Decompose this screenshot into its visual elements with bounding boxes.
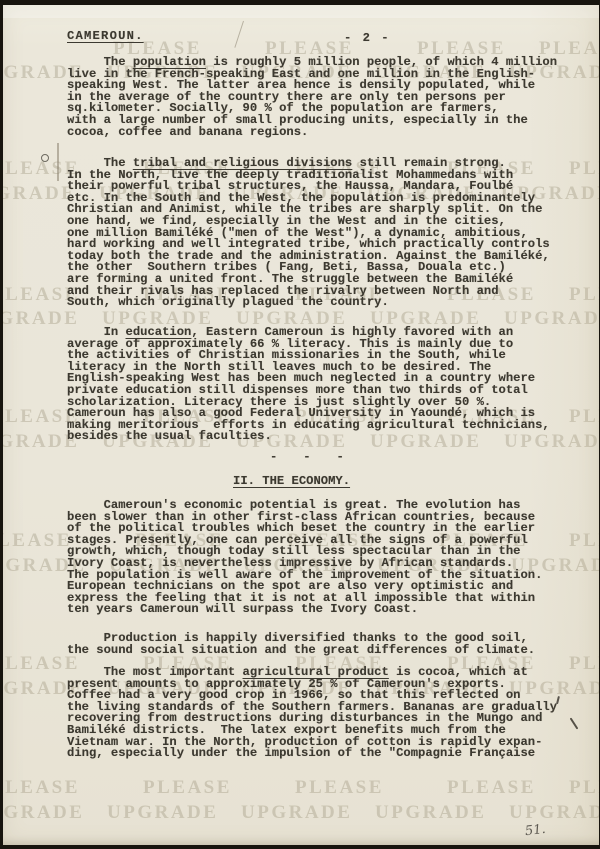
section-heading: II. THE ECONOMY.: [233, 476, 350, 488]
page-number: - 2 -: [344, 33, 391, 45]
page-header: CAMEROUN. - 2 -: [67, 31, 600, 43]
punch-ring-mark: [41, 154, 49, 162]
watermark-word: UPGRADE: [3, 183, 76, 205]
paragraph-tribal-divisions: The tribal and religious divisions still…: [67, 158, 550, 309]
section-divider: - - -: [270, 452, 345, 464]
para-post: is cocoa, which at present amounts to ap…: [67, 665, 557, 760]
para-post: is roughly 5 million people, of which 4 …: [67, 55, 557, 139]
paragraph-economy-potential: Cameroun's economic potential is great. …: [67, 500, 542, 616]
vertical-crease-mark: [57, 143, 59, 181]
scanned-page: PLEASEPLEASEPLEASEPLEASEUPGRADEUPGRADEUP…: [3, 5, 599, 845]
para-post: , Eastern Cameroun is highly favored wit…: [67, 325, 550, 443]
paragraph-population: The population is roughly 5 million peop…: [67, 57, 557, 138]
document-title: CAMEROUN.: [67, 29, 144, 43]
para-post: Production is happily diversified thanks…: [67, 631, 535, 657]
paragraph-agricultural-product: The most important agricultural product …: [67, 667, 557, 760]
handwritten-page-mark: 51.: [524, 822, 546, 839]
watermark-word: PLEASE: [3, 530, 72, 552]
paragraph-education: In education, Eastern Cameroun is highly…: [67, 327, 550, 443]
scanned-document-screenshot: { "document": { "header": { "title": "CA…: [0, 0, 600, 849]
para-post: Cameroun's economic potential is great. …: [67, 498, 542, 616]
paragraph-production-diversified: Production is happily diversified thanks…: [67, 633, 535, 656]
para-post: still remain strong. In the North, live …: [67, 156, 550, 309]
document-body: CAMEROUN. - 2 - The population is roughl…: [67, 5, 600, 845]
